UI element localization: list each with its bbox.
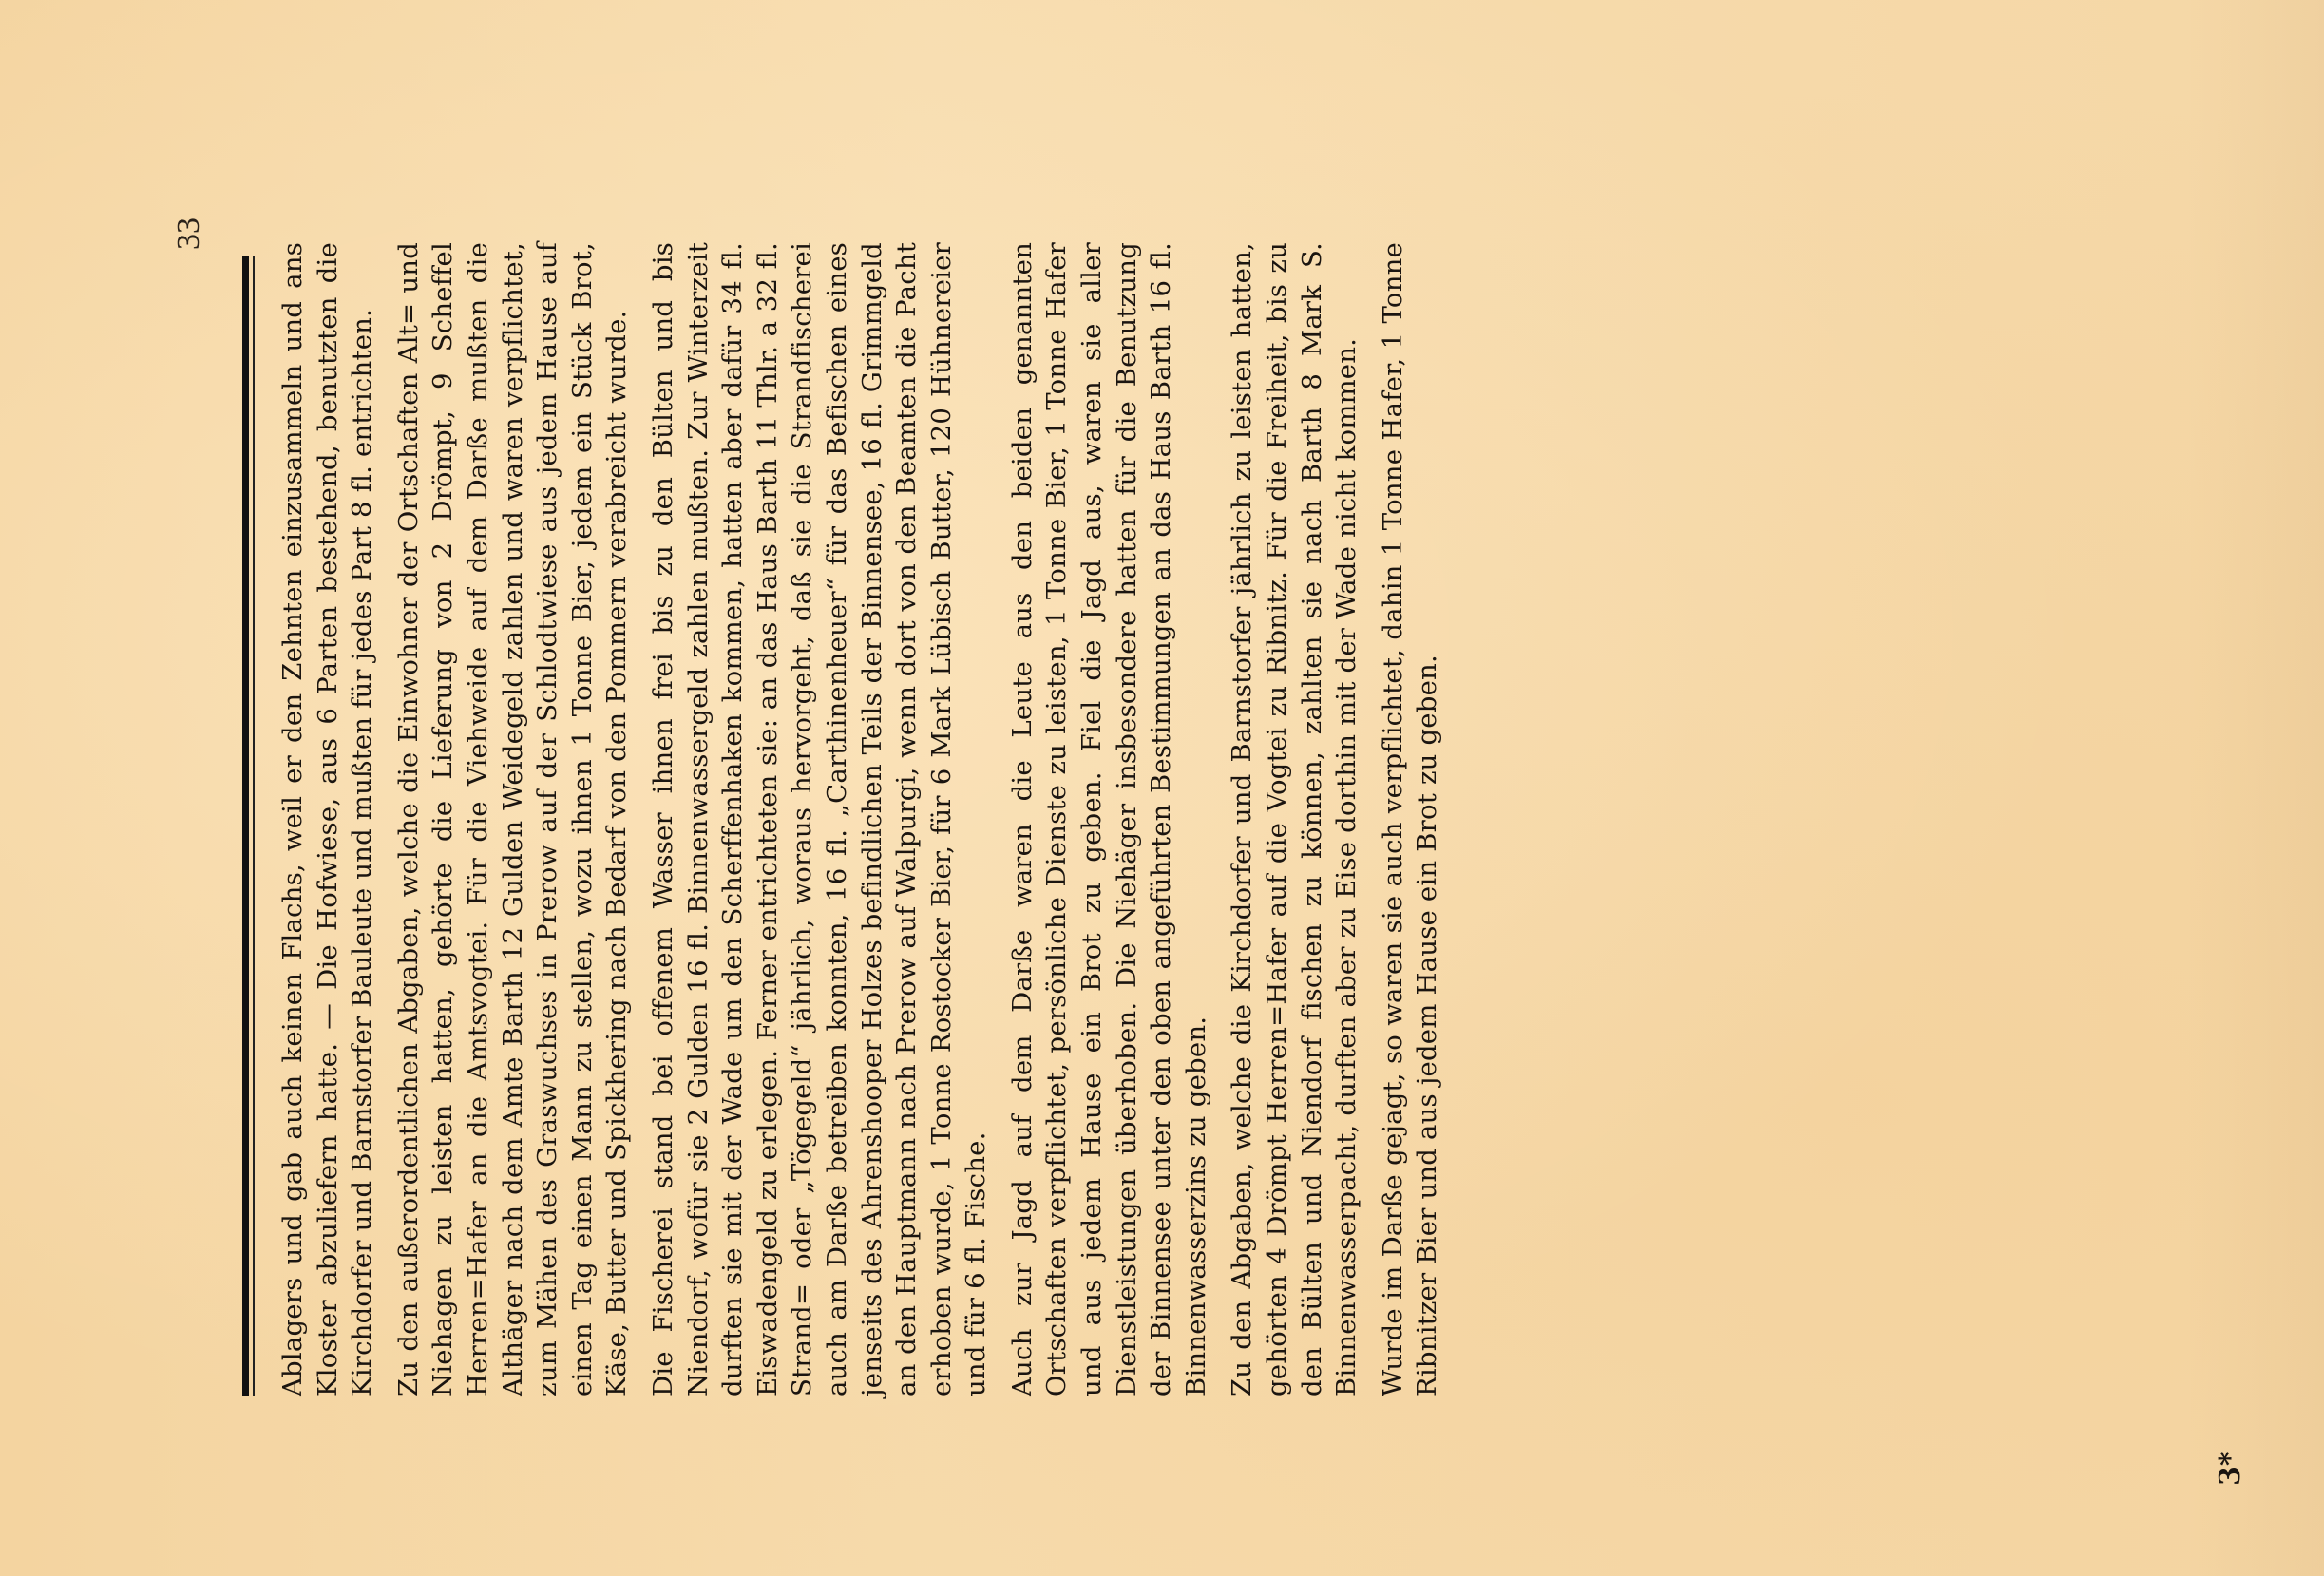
book-page: 33 Ablagers und gab auch keinen Flachs, …	[0, 0, 2324, 1576]
header-rule-thin	[253, 256, 255, 1396]
paragraph: Ablagers und gab auch keinen Flachs, wei…	[276, 242, 380, 1396]
paragraph: Die Fischerei stand bei offenem Wasser i…	[646, 242, 994, 1396]
paragraph: Zu den außerordentlichen Abgaben, welche…	[391, 242, 635, 1396]
body-text: Ablagers und gab auch keinen Flachs, wei…	[276, 242, 1457, 1396]
paragraph: Wurde im Darße gejagt, so waren sie auch…	[1376, 242, 1445, 1396]
signature-mark: 3*	[2214, 1451, 2247, 1486]
page-number: 33	[171, 218, 207, 275]
paragraph: Auch zur Jagd auf dem Darße waren die Le…	[1005, 242, 1214, 1396]
header-rule-thick	[242, 256, 249, 1396]
paragraph: Zu den Abgaben, welche die Kirchdorfer u…	[1225, 242, 1363, 1396]
